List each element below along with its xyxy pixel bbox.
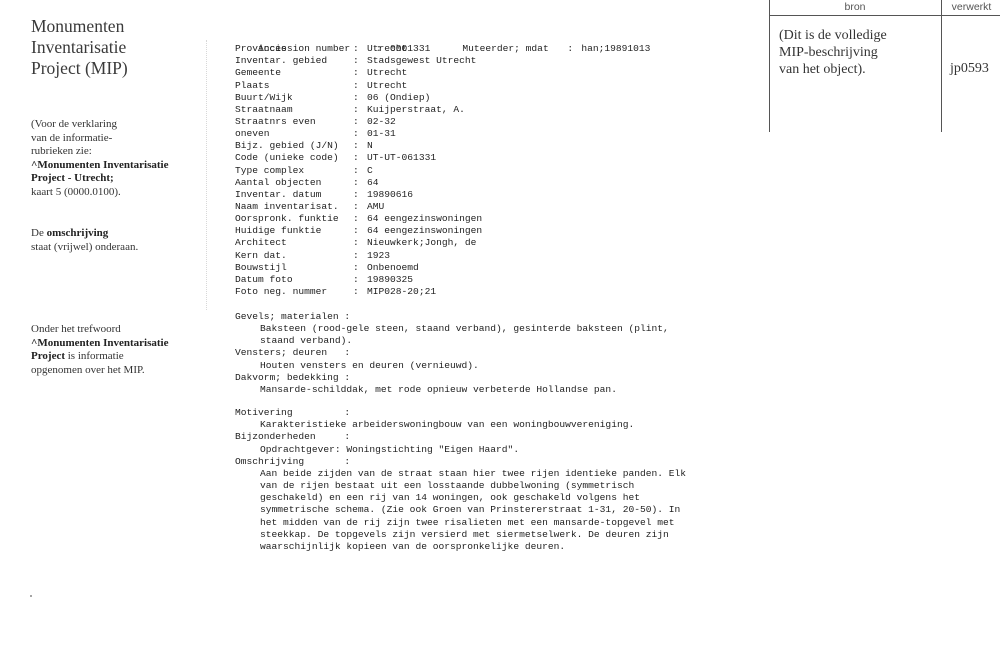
scan-speck — [30, 595, 32, 597]
field-gemeente: Gemeente:Utrecht — [235, 67, 650, 79]
section-heading: Omschrijving : — [235, 456, 686, 468]
field-label: Inventar. datum — [235, 189, 353, 201]
field-value: 1923 — [367, 250, 390, 262]
field-bouwstijl: Bouwstijl:Onbenoemd — [235, 262, 650, 274]
note-keyword-bold: Project — [31, 350, 65, 362]
field-separator: : — [353, 140, 367, 152]
field-separator: : — [353, 128, 367, 140]
note-keyword-bold: ^Monumenten Inventarisatie — [31, 337, 168, 349]
field-value-muteerder: han;19891013 — [581, 43, 650, 54]
field-label: Huidige funktie — [235, 225, 353, 237]
field-oorspronk-funktie: Oorspronk. funktie:64 eengezinswoningen — [235, 213, 650, 225]
field-label: Straatnaam — [235, 104, 353, 116]
field-value: Kuijperstraat, A. — [367, 104, 465, 116]
note-reference-bold: Project - Utrecht; — [31, 172, 114, 184]
document-title: Monumenten Inventarisatie Project (MIP) — [31, 16, 211, 79]
field-value: Utrecht — [367, 43, 407, 55]
field-value: 02-32 — [367, 116, 396, 128]
field-label: Kern dat. — [235, 250, 353, 262]
section-heading: Motivering : — [235, 407, 686, 419]
section-body-line: geschakeld) en een rij van 14 woningen, … — [235, 492, 686, 504]
explanation-note: (Voor de verklaring van de informatie- r… — [31, 118, 211, 200]
table-column-divider — [941, 0, 942, 132]
field-value: Utrecht — [367, 80, 407, 92]
field-separator: : — [353, 165, 367, 177]
record-sections: Gevels; materialen : Baksteen (rood-gele… — [235, 311, 686, 553]
title-line-2: Inventarisatie — [31, 37, 211, 58]
field-datum-foto: Datum foto:19890325 — [235, 274, 650, 286]
field-architect: Architect:Nieuwkerk;Jongh, de — [235, 237, 650, 249]
field-naam-inventarisat: Naam inventarisat.:AMU — [235, 201, 650, 213]
note-line: rubrieken zie: — [31, 145, 211, 159]
field-label: Bijz. gebied (J/N) — [235, 140, 353, 152]
bron-line: MIP-beschrijving — [779, 44, 939, 61]
field-value: 64 eengezinswoningen — [367, 225, 482, 237]
field-kern-dat: Kern dat.:1923 — [235, 250, 650, 262]
field-label-muteerder: Muteerder; mdat — [462, 43, 567, 55]
field-value: 19890325 — [367, 274, 413, 286]
section-gevels: Gevels; materialen : Baksteen (rood-gele… — [235, 311, 686, 347]
field-label: Naam inventarisat. — [235, 201, 353, 213]
field-separator: : — [353, 152, 367, 164]
section-body-line: Karakteristieke arbeiderswoningbouw van … — [235, 419, 686, 431]
field-straatnaam: Straatnaam:Kuijperstraat, A. — [235, 104, 650, 116]
keyword-note: Onder het trefwoord ^Monumenten Inventar… — [31, 323, 211, 377]
field-label: Aantal objecten — [235, 177, 353, 189]
field-value: Onbenoemd — [367, 262, 419, 274]
bron-line: (Dit is de volledige — [779, 27, 939, 44]
note-bold-term: omschrijving — [47, 227, 109, 239]
field-value: MIP028-20;21 — [367, 286, 436, 298]
record-fields: Accession number:0001331Muteerder; mdat:… — [235, 31, 650, 298]
field-separator: : — [353, 55, 367, 67]
table-border-left — [769, 0, 770, 132]
field-separator: : — [353, 67, 367, 79]
field-separator: : — [353, 177, 367, 189]
field-type-complex: Type complex:C — [235, 165, 650, 177]
field-label: oneven — [235, 128, 353, 140]
field-separator: : — [353, 250, 367, 262]
field-separator: : — [353, 104, 367, 116]
column-header-bron: bron — [769, 1, 941, 13]
field-label: Oorspronk. funktie — [235, 213, 353, 225]
field-huidige-funktie: Huidige funktie:64 eengezinswoningen — [235, 225, 650, 237]
field-separator: : — [353, 80, 367, 92]
field-separator: : — [567, 43, 581, 55]
section-bijzonderheden: Bijzonderheden : Opdrachtgever: Woningst… — [235, 431, 686, 455]
field-separator: : — [353, 43, 367, 55]
scan-artifact-line — [206, 40, 207, 310]
note-line: Onder het trefwoord — [31, 323, 211, 337]
field-label: Plaats — [235, 80, 353, 92]
title-line-3: Project (MIP) — [31, 58, 211, 79]
section-heading: Bijzonderheden : — [235, 431, 686, 443]
field-value: N — [367, 140, 373, 152]
field-label: Type complex — [235, 165, 353, 177]
field-value: 64 eengezinswoningen — [367, 213, 482, 225]
description-location-note: De omschrijving staat (vrijwel) onderaan… — [31, 227, 211, 254]
section-heading: Dakvorm; bedekking : — [235, 372, 686, 384]
field-label: Inventar. gebied — [235, 55, 353, 67]
note-line: staat (vrijwel) onderaan. — [31, 241, 211, 255]
field-buurt-wijk: Buurt/Wijk:06 (Ondiep) — [235, 92, 650, 104]
section-heading: Gevels; materialen : — [235, 311, 686, 323]
section-body-line: Mansarde-schilddak, met rode opnieuw ver… — [235, 384, 686, 396]
verwerkt-cell: jp0593 — [950, 61, 989, 77]
note-line: van de informatie- — [31, 132, 211, 146]
field-foto-neg-nummer: Foto neg. nummer:MIP028-20;21 — [235, 286, 650, 298]
field-label: Gemeente — [235, 67, 353, 79]
section-dakvorm: Dakvorm; bedekking : Mansarde-schilddak,… — [235, 372, 686, 396]
field-inventar-gebied: Inventar. gebied:Stadsgewest Utrecht — [235, 55, 650, 67]
field-separator: : — [353, 116, 367, 128]
field-label: Straatnrs even — [235, 116, 353, 128]
section-omschrijving: Omschrijving : Aan beide zijden van de s… — [235, 456, 686, 553]
field-label: Datum foto — [235, 274, 353, 286]
bron-cell: (Dit is de volledige MIP-beschrijving va… — [779, 27, 939, 78]
field-label: Provincie — [235, 43, 353, 55]
field-code: Code (unieke code):UT-UT-061331 — [235, 152, 650, 164]
table-header-rule — [769, 15, 1000, 16]
field-separator: : — [353, 262, 367, 274]
field-value: Nieuwkerk;Jongh, de — [367, 237, 476, 249]
field-label: Buurt/Wijk — [235, 92, 353, 104]
bron-line: van het object). — [779, 61, 939, 78]
field-plaats: Plaats:Utrecht — [235, 80, 650, 92]
note-text: De — [31, 227, 47, 239]
field-separator: : — [353, 286, 367, 298]
field-value: Utrecht — [367, 67, 407, 79]
section-vensters: Vensters; deuren : Houten vensters en de… — [235, 347, 686, 371]
field-value: AMU — [367, 201, 384, 213]
field-label: Code (unieke code) — [235, 152, 353, 164]
field-value: 19890616 — [367, 189, 413, 201]
section-body-line: Houten vensters en deuren (vernieuwd). — [235, 360, 686, 372]
note-line: (Voor de verklaring — [31, 118, 211, 132]
section-body-line: het midden van de rij zijn twee risaliet… — [235, 517, 686, 529]
field-bijz-gebied: Bijz. gebied (J/N):N — [235, 140, 650, 152]
field-value: C — [367, 165, 373, 177]
note-line: opgenomen over het MIP. — [31, 364, 211, 378]
source-table: bron verwerkt (Dit is de volledige MIP-b… — [769, 0, 1000, 132]
field-separator: : — [353, 213, 367, 225]
section-motivering: Motivering : Karakteristieke arbeiderswo… — [235, 407, 686, 431]
note-text: is informatie — [65, 350, 124, 362]
field-separator: : — [353, 189, 367, 201]
section-body-line: Aan beide zijden van de straat staan hie… — [235, 468, 686, 480]
section-body-line: Baksteen (rood-gele steen, staand verban… — [235, 323, 686, 335]
field-accession-number: Accession number:0001331Muteerder; mdat:… — [235, 31, 650, 43]
section-body-line: symmetrische schema. (Zie ook Groen van … — [235, 504, 686, 516]
field-value: Stadsgewest Utrecht — [367, 55, 476, 67]
section-body-line: steekkap. De topgevels zijn versierd met… — [235, 529, 686, 541]
section-body-line: staand verband). — [235, 335, 686, 347]
field-label: Foto neg. nummer — [235, 286, 353, 298]
field-separator: : — [353, 201, 367, 213]
field-oneven: oneven:01-31 — [235, 128, 650, 140]
section-body-line: waarschijnlijk kopieen van de oorspronke… — [235, 541, 686, 553]
section-heading: Vensters; deuren : — [235, 347, 686, 359]
note-reference-bold: ^Monumenten Inventarisatie — [31, 159, 168, 171]
field-separator: : — [353, 225, 367, 237]
note-line: kaart 5 (0000.0100). — [31, 186, 211, 200]
column-header-verwerkt: verwerkt — [943, 1, 1000, 13]
field-separator: : — [353, 237, 367, 249]
field-value: UT-UT-061331 — [367, 152, 436, 164]
field-straatnrs-even: Straatnrs even:02-32 — [235, 116, 650, 128]
field-value: 01-31 — [367, 128, 396, 140]
field-value: 06 (Ondiep) — [367, 92, 430, 104]
field-separator: : — [353, 274, 367, 286]
section-body-line: van de rijen bestaat uit een losstaande … — [235, 480, 686, 492]
field-aantal-objecten: Aantal objecten:64 — [235, 177, 650, 189]
title-line-1: Monumenten — [31, 16, 211, 37]
field-value: 64 — [367, 177, 379, 189]
section-spacer — [235, 396, 686, 407]
field-separator: : — [353, 92, 367, 104]
field-inventar-datum: Inventar. datum:19890616 — [235, 189, 650, 201]
field-label: Architect — [235, 237, 353, 249]
section-body-line: Opdrachtgever: Woningstichting "Eigen Ha… — [235, 444, 686, 456]
field-label: Bouwstijl — [235, 262, 353, 274]
